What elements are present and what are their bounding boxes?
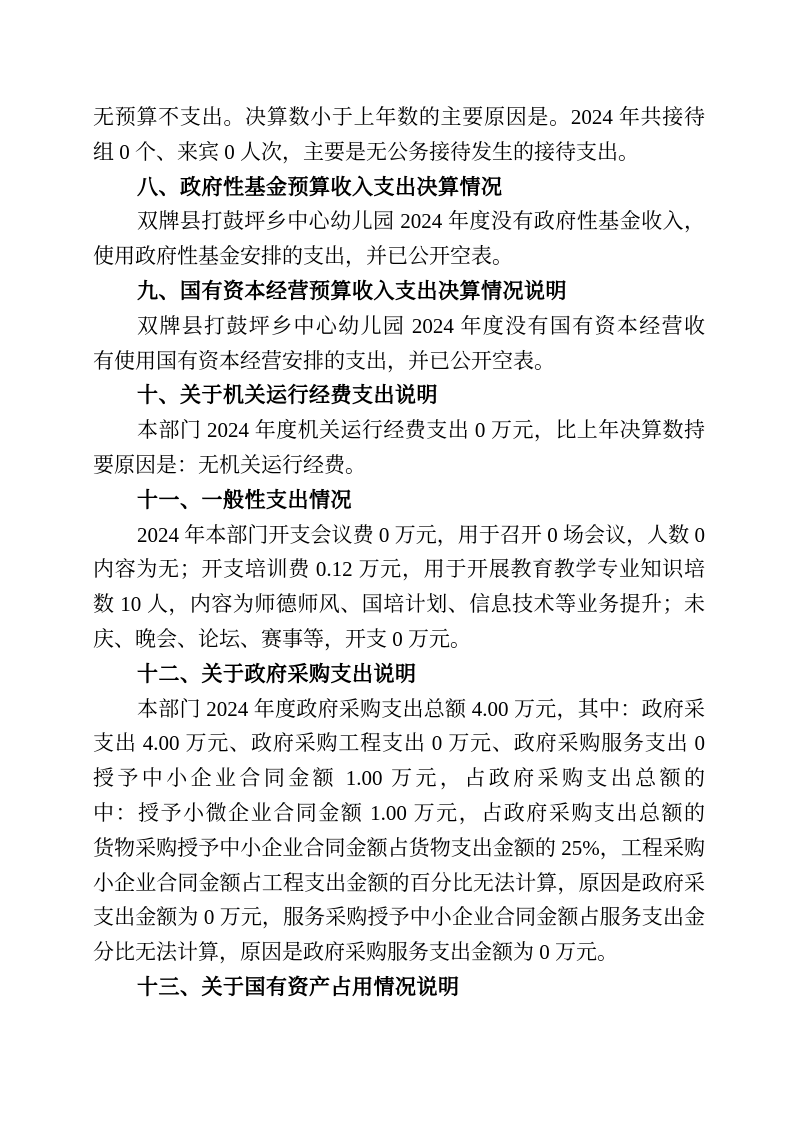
section-heading: 十、关于机关运行经费支出说明 [93, 378, 705, 413]
document-line: 庆、晚会、论坛、赛事等，开支 0 万元。 [93, 622, 705, 657]
document-line: 小企业合同金额占工程支出金额的百分比无法计算，原因是政府采购工程 [93, 866, 705, 901]
document-line: 数 10 人，内容为师德师风、国培计划、信息技术等业务提升；未举办节 [93, 587, 705, 622]
section-heading: 九、国有资本经营预算收入支出决算情况说明 [93, 274, 705, 309]
document-line: 授予中小企业合同金额 1.00 万元，占政府采购支出总额的 25.00%，其 [93, 761, 705, 796]
document-line: 无预算不支出。决算数小于上年数的主要原因是。2024 年共接待来访团 [93, 100, 705, 135]
document-line: 双牌县打鼓坪乡中心幼儿园 2024 年度没有国有资本经营收入，也没 [93, 309, 705, 344]
document-line: 本部门 2024 年度机关运行经费支出 0 万元，比上年决算数持平，主 [93, 413, 705, 448]
document-page: 无预算不支出。决算数小于上年数的主要原因是。2024 年共接待来访团组 0 个、… [0, 0, 793, 1122]
document-line: 支出 4.00 万元、政府采购工程支出 0 万元、政府采购服务支出 0 万元。 [93, 726, 705, 761]
document-line: 分比无法计算，原因是政府采购服务支出金额为 0 万元。 [93, 935, 705, 970]
document-line: 双牌县打鼓坪乡中心幼儿园 2024 年度没有政府性基金收入，也没有 [93, 204, 705, 239]
document-line: 货物采购授予中小企业合同金额占货物支出金额的 25%，工程采购授予中 [93, 831, 705, 866]
document-line: 组 0 个、来宾 0 人次，主要是无公务接待发生的接待支出。 [93, 135, 705, 170]
document-line: 要原因是：无机关运行经费。 [93, 448, 705, 483]
document-line: 支出金额为 0 万元，服务采购授予中小企业合同金额占服务支出金额的百 [93, 900, 705, 935]
section-heading: 十一、一般性支出情况 [93, 483, 705, 518]
document-line: 使用政府性基金安排的支出，并已公开空表。 [93, 239, 705, 274]
document-line: 内容为无；开支培训费 0.12 万元，用于开展教育教学专业知识培训，人 [93, 552, 705, 587]
section-heading: 十三、关于国有资产占用情况说明 [93, 970, 705, 1005]
document-line: 中：授予小微企业合同金额 1.00 万元，占政府采购支出总额的 25.00%。 [93, 796, 705, 831]
section-heading: 八、政府性基金预算收入支出决算情况 [93, 170, 705, 205]
document-line: 2024 年本部门开支会议费 0 万元，用于召开 0 场会议，人数 0 人， [93, 518, 705, 553]
section-heading: 十二、关于政府采购支出说明 [93, 657, 705, 692]
document-line: 本部门 2024 年度政府采购支出总额 4.00 万元，其中：政府采购货物 [93, 692, 705, 727]
document-line: 有使用国有资本经营安排的支出，并已公开空表。 [93, 344, 705, 379]
document-text-body: 无预算不支出。决算数小于上年数的主要原因是。2024 年共接待来访团组 0 个、… [93, 100, 705, 1005]
